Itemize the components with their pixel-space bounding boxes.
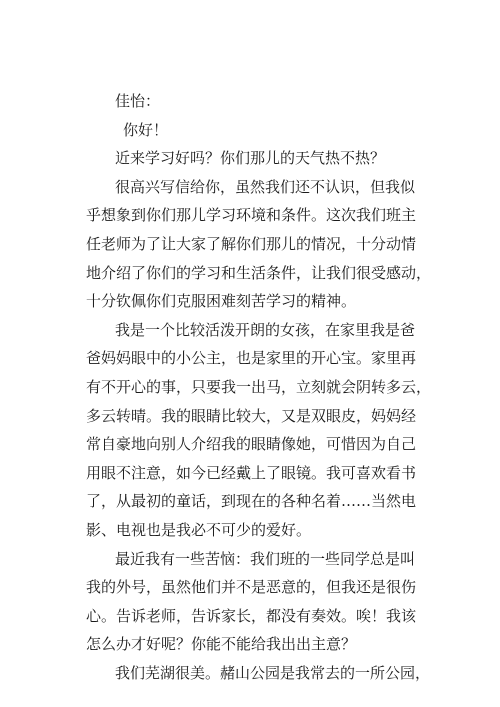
paragraph-line: 用眼不注意，如今已经戴上了眼镜。我可喜欢看书 xyxy=(86,459,426,488)
paragraph-line: 爸妈妈眼中的小公主，也是家里的开心宝。家里再 xyxy=(86,344,426,373)
paragraph-first-line: 我是一个比较活泼开朗的女孩，在家里我是爸 xyxy=(86,316,426,345)
letter-page: 佳怡： 你好！ 近来学习好吗？你们那儿的天气热不热？很高兴写信给你，虽然我们还不… xyxy=(86,87,426,687)
paragraph-line: 乎想象到你们那儿学习环境和条件。这次我们班主 xyxy=(86,201,426,230)
paragraph-line: 了，从最初的童话，到现在的各种名着……当然电 xyxy=(86,487,426,516)
paragraph-line: 怎么办才好呢？你能不能给我出出主意？ xyxy=(86,630,426,659)
paragraph-line: 任老师为了让大家了解你们那儿的情况，十分动情 xyxy=(86,230,426,259)
paragraph-first-line: 很高兴写信给你，虽然我们还不认识，但我似 xyxy=(86,173,426,202)
paragraph-first-line: 最近我有一些苦恼：我们班的一些同学总是叫 xyxy=(86,545,426,574)
letter-body: 近来学习好吗？你们那儿的天气热不热？很高兴写信给你，虽然我们还不认识，但我似乎想… xyxy=(86,144,426,687)
paragraph-first-line: 近来学习好吗？你们那儿的天气热不热？ xyxy=(86,144,426,173)
paragraph-line: 地介绍了你们的学习和生活条件，让我们很受感动， xyxy=(86,259,426,288)
paragraph-line: 有不开心的事，只要我一出马，立刻就会阴转多云， xyxy=(86,373,426,402)
paragraph-line: 心。告诉老师，告诉家长，都没有奏效。唉！我该 xyxy=(86,602,426,631)
letter-salutation: 佳怡： xyxy=(86,87,426,116)
paragraph-line: 影、电视也是我必不可少的爱好。 xyxy=(86,516,426,545)
letter-greeting: 你好！ xyxy=(86,116,426,145)
paragraph-line: 我的外号，虽然他们并不是恶意的，但我还是很伤 xyxy=(86,573,426,602)
paragraph-line: 常自豪地向别人介绍我的眼睛像她，可惜因为自己 xyxy=(86,430,426,459)
paragraph-first-line: 我们芜湖很美。赭山公园是我常去的一所公园， xyxy=(86,659,426,688)
paragraph-line: 十分钦佩你们克服困难刻苦学习的精神。 xyxy=(86,287,426,316)
paragraph-line: 多云转晴。我的眼睛比较大，又是双眼皮，妈妈经 xyxy=(86,402,426,431)
